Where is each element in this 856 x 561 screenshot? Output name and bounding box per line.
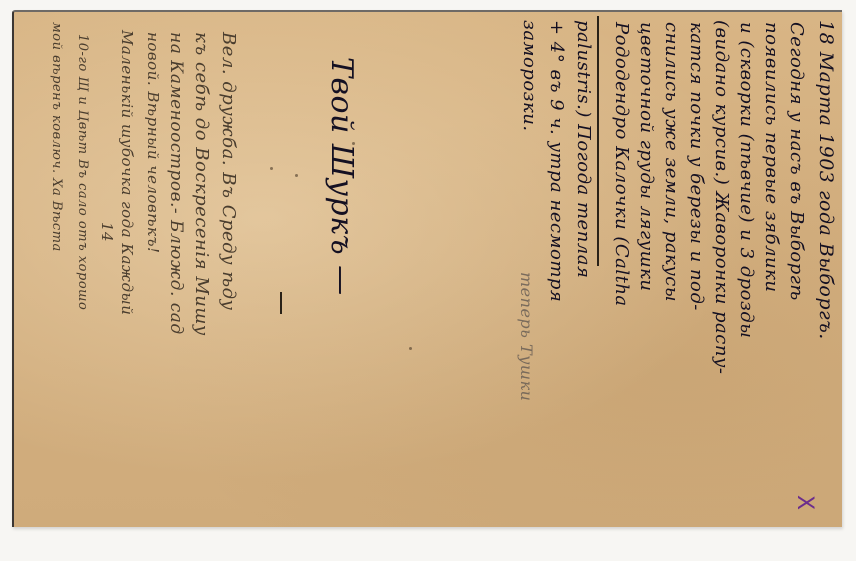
page-number: 14: [98, 222, 116, 242]
text-line: снились уже земли, ракусы: [661, 22, 682, 302]
text-line: Сегодня у насъ въ Выборгѣ: [786, 22, 807, 301]
text-line: катся почки у березы и под-: [686, 22, 707, 311]
ink-speck: [409, 347, 412, 350]
postcard: 18 Марта 1903 года Выборгъ. X Сегодня у …: [12, 10, 842, 527]
ink-speck: [352, 142, 355, 145]
ink-speck: [270, 167, 273, 170]
text-line: заморозки.: [519, 20, 540, 132]
text-line: Маленькій шубочка года Каждый: [118, 30, 136, 315]
text-line: (видано курсив.) Жаворонки распу-: [711, 20, 732, 374]
text-line: мой вѣренъ ковлюч. Ха Вѣста: [49, 22, 64, 252]
text-line: и (скворки (пѣвчие) и 3 дрозды: [736, 22, 757, 338]
signature: Твой Шуркъ —: [324, 57, 359, 296]
text-line: цветочной груды лягушки: [636, 22, 657, 291]
date-line: 18 Марта 1903 года Выборгъ.: [815, 20, 837, 340]
pencil-note: теперь Тушки: [517, 272, 536, 401]
text-line: palustris.) Погода теплая: [573, 20, 594, 278]
text-line: появились первые зяблики: [761, 22, 782, 292]
text-line: Рододендро Калочки (Caltha: [611, 22, 632, 307]
date-text: 18 Марта 1903 года Выборгъ.: [815, 20, 837, 340]
text-line: къ себѣ до Воскресенія Мишу: [191, 32, 212, 336]
text-line: 10-го Щ и Цвѣт Въ сало отъ хорошо: [75, 34, 90, 310]
text-line: новой. Вѣрный человѣкъ!: [144, 32, 162, 254]
text-line: на Каменоостров.- Блюжд. сад: [166, 32, 186, 335]
text-line: Вел. дружба. Въ Среду ѣду: [218, 32, 239, 310]
ink-speck: [295, 174, 298, 177]
purple-x-mark: X: [792, 495, 817, 510]
text-line: + 4° въ 9 ч. утра несмотря: [546, 20, 567, 302]
divider-rule: [597, 16, 599, 266]
signature-underline: [280, 292, 282, 314]
